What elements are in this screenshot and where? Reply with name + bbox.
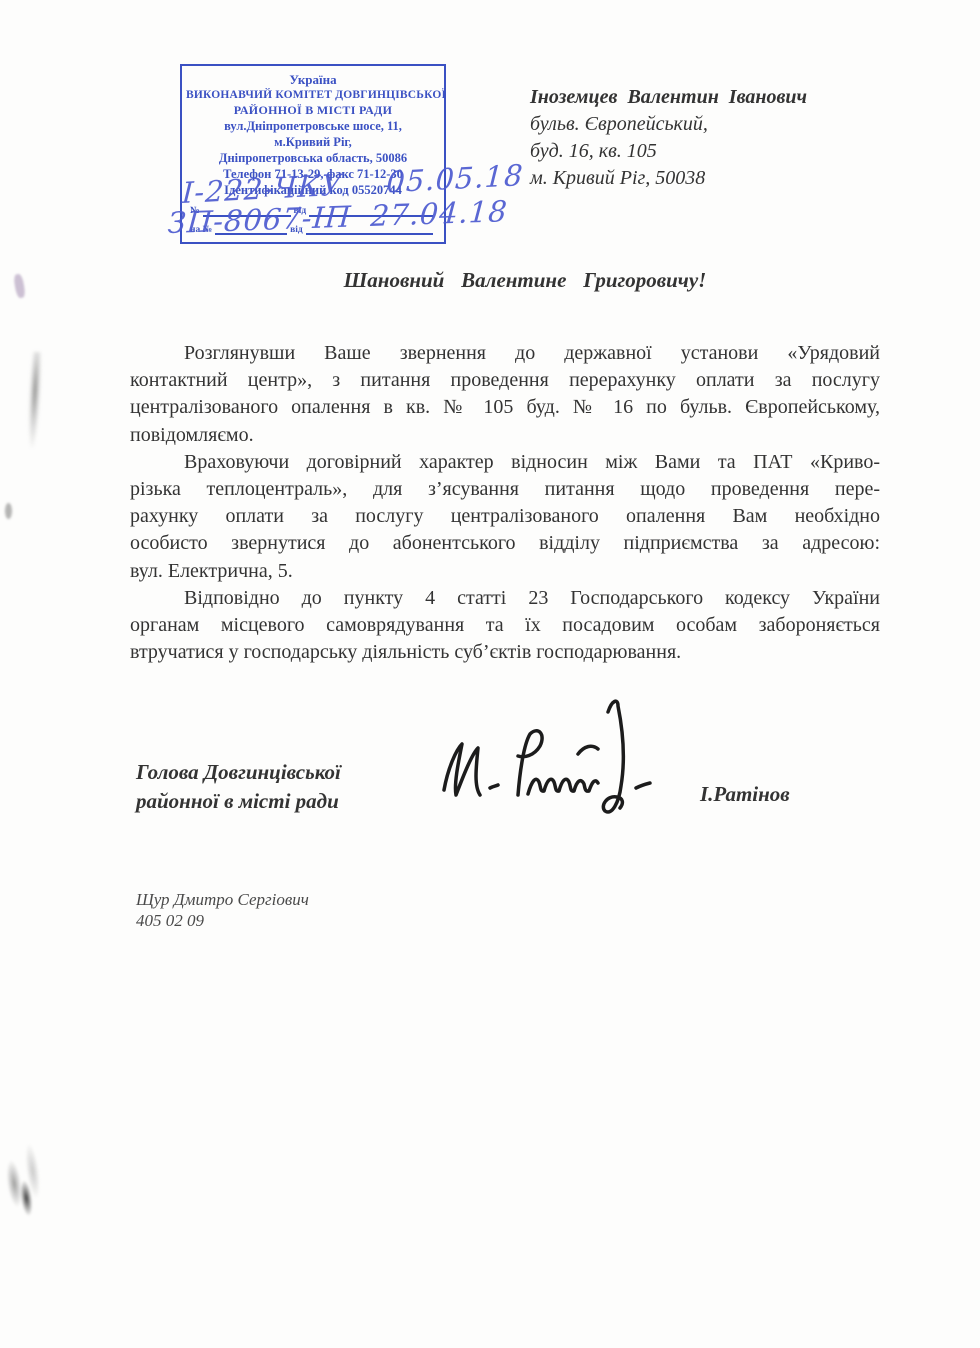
body-line: централізованого опалення в кв. № 105 бу… (130, 394, 880, 421)
body-line: Відповідно до пункту 4 статті 23 Господа… (130, 585, 880, 612)
scan-artifact-smudge (0, 1139, 57, 1223)
salutation: Шановний Валентине Григоровичу! (130, 268, 880, 293)
body-line: особисто звернутися до абонентського від… (130, 530, 880, 557)
recipient-city: м. Кривий Ріг, 50038 (530, 165, 807, 192)
signer-title-line2: районної в місті ради (136, 787, 341, 816)
body-line: вул. Електрична, 5. (130, 558, 880, 585)
stamp-org-line1: ВИКОНАВЧИЙ КОМІТЕТ ДОВГИНЦІВСЬКОЇ (186, 88, 440, 103)
recipient-street: бульв. Європейський, (530, 111, 807, 138)
letter-body: Розглянувши Ваше звернення до державної … (130, 340, 880, 666)
signer-title: Голова Довгинцівської районної в місті р… (136, 758, 341, 816)
body-line: повідомляємо. (130, 422, 880, 449)
recipient-name: Іноземцев Валентин Іванович (530, 84, 807, 111)
stamp-street: вул.Дніпропетровське шосе, 11, (186, 118, 440, 134)
handwritten-incoming-date: 27.04.18 (370, 194, 509, 233)
body-line: рахунку оплати за послугу централізовано… (130, 503, 880, 530)
executor-phone: 405 02 09 (136, 910, 309, 931)
handwritten-incoming-number: ЗП-8067-ІП (167, 200, 353, 241)
signer-name: І.Ратінов (700, 782, 790, 807)
handwritten-signature-scrawl-icon (432, 692, 662, 832)
executor-block: Щур Дмитро Сергіович 405 02 09 (136, 889, 309, 931)
stamp-org-line2: РАЙОННОЇ В МІСТІ РАДИ (186, 103, 440, 118)
executor-name: Щур Дмитро Сергіович (136, 889, 309, 910)
stamp-city: м.Кривий Ріг, (186, 134, 440, 150)
recipient-building: буд. 16, кв. 105 (530, 138, 807, 165)
body-line: втручатися у господарську діяльність суб… (130, 639, 880, 666)
body-line: контактний центр», з питання проведення … (130, 367, 880, 394)
scan-artifact-squiggle (13, 273, 26, 298)
scan-artifact-streak (26, 352, 42, 448)
scan-artifact-dot (5, 503, 12, 519)
body-line: органам місцевого самоврядування та їх п… (130, 612, 880, 639)
recipient-block: Іноземцев Валентин Іванович бульв. Європ… (530, 84, 807, 192)
body-line: різька теплоцентраль», для з’ясування пи… (130, 476, 880, 503)
letter-page: Україна ВИКОНАВЧИЙ КОМІТЕТ ДОВГИНЦІВСЬКО… (0, 0, 980, 1348)
body-line: Враховуючи договірний характер відносин … (130, 449, 880, 476)
body-line: Розглянувши Ваше звернення до державної … (130, 340, 880, 367)
signer-title-line1: Голова Довгинцівської (136, 758, 341, 787)
handwritten-outgoing-date: 05.05.18 (386, 158, 525, 199)
stamp-country: Україна (186, 72, 440, 88)
